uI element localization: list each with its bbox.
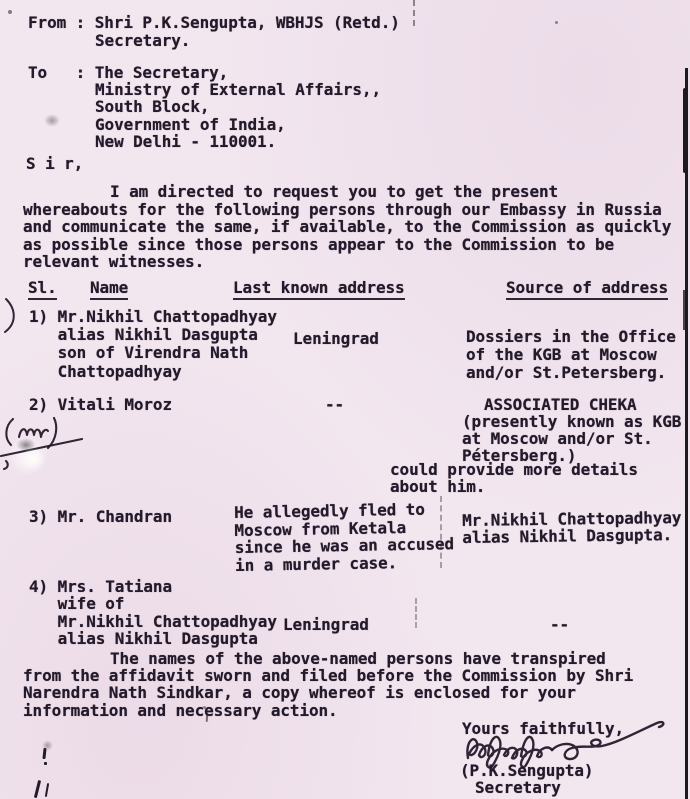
table-row-3-name: 3) Mr. Chandran [29, 508, 172, 525]
pen-paren-icon [2, 296, 22, 336]
col-header-source: Source of address [506, 279, 668, 300]
fold-crease-mid [440, 496, 442, 568]
scanned-letter-page: From : Shri P.K.Sengupta, WBHJS (Retd.) … [0, 0, 690, 799]
speck [555, 21, 558, 24]
table-row-1-address: Leningrad [293, 330, 379, 347]
col-header-sl: Sl. [28, 279, 57, 300]
to-address: Ministry of External Affairs,, South Blo… [95, 81, 381, 151]
table-row-4-address: Leningrad [283, 616, 369, 633]
pen-mark [206, 713, 209, 722]
intro-paragraph: I am directed to request you to get the … [23, 183, 671, 271]
table-row-2-source-note: could provide more details about him. [390, 461, 638, 495]
pen-mark [45, 783, 49, 797]
salutation: S i r, [26, 155, 83, 172]
pen-mark [34, 780, 41, 798]
table-row-3-source: Mr.Nikhil Chattopadhyay alias Nikhil Das… [462, 509, 682, 547]
speck [203, 706, 206, 709]
stain [44, 114, 60, 127]
table-row-2-source-detail: (presently known as KGB at Moscow and/or… [462, 413, 681, 465]
margin-scribble-icon [0, 414, 92, 472]
col-header-address: Last known address [233, 279, 405, 300]
white-spot [20, 448, 46, 470]
table-row-1-source: Dossiers in the Office of the KGB at Mos… [466, 328, 676, 382]
table-row-2-source-heading: ASSOCIATED CHEKA [484, 396, 637, 413]
table-row-2-name: 2) Vitali Moroz [29, 396, 172, 413]
page-edge-blob [683, 290, 687, 330]
table-row-3-address: He allegedly fled to Moscow from Ketala … [234, 500, 454, 574]
signature-icon [452, 708, 677, 772]
pen-mark [42, 748, 46, 759]
page-edge-blob [683, 88, 688, 173]
table-row-4-name: 4) Mrs. Tatiana wife of Mr.Nikhil Chatto… [29, 578, 277, 648]
pen-mark [44, 762, 47, 765]
table-row-4-source: -- [550, 616, 569, 633]
table-row-1-name: 1) Mr.Nikhil Chattopadhyay alias Nikhil … [29, 308, 277, 381]
table-row-2-address: -- [325, 396, 344, 413]
speck [8, 10, 12, 14]
to-line: To : The Secretary, [28, 64, 228, 81]
col-header-name: Name [90, 279, 128, 300]
fold-crease-top [413, 0, 415, 26]
from-line: From : Shri P.K.Sengupta, WBHJS (Retd.) [28, 14, 400, 31]
from-title: Secretary. [95, 32, 190, 49]
page-edge-shadow [685, 68, 688, 799]
fold-crease-lower [415, 598, 417, 628]
signer-title: Secretary [475, 779, 561, 796]
